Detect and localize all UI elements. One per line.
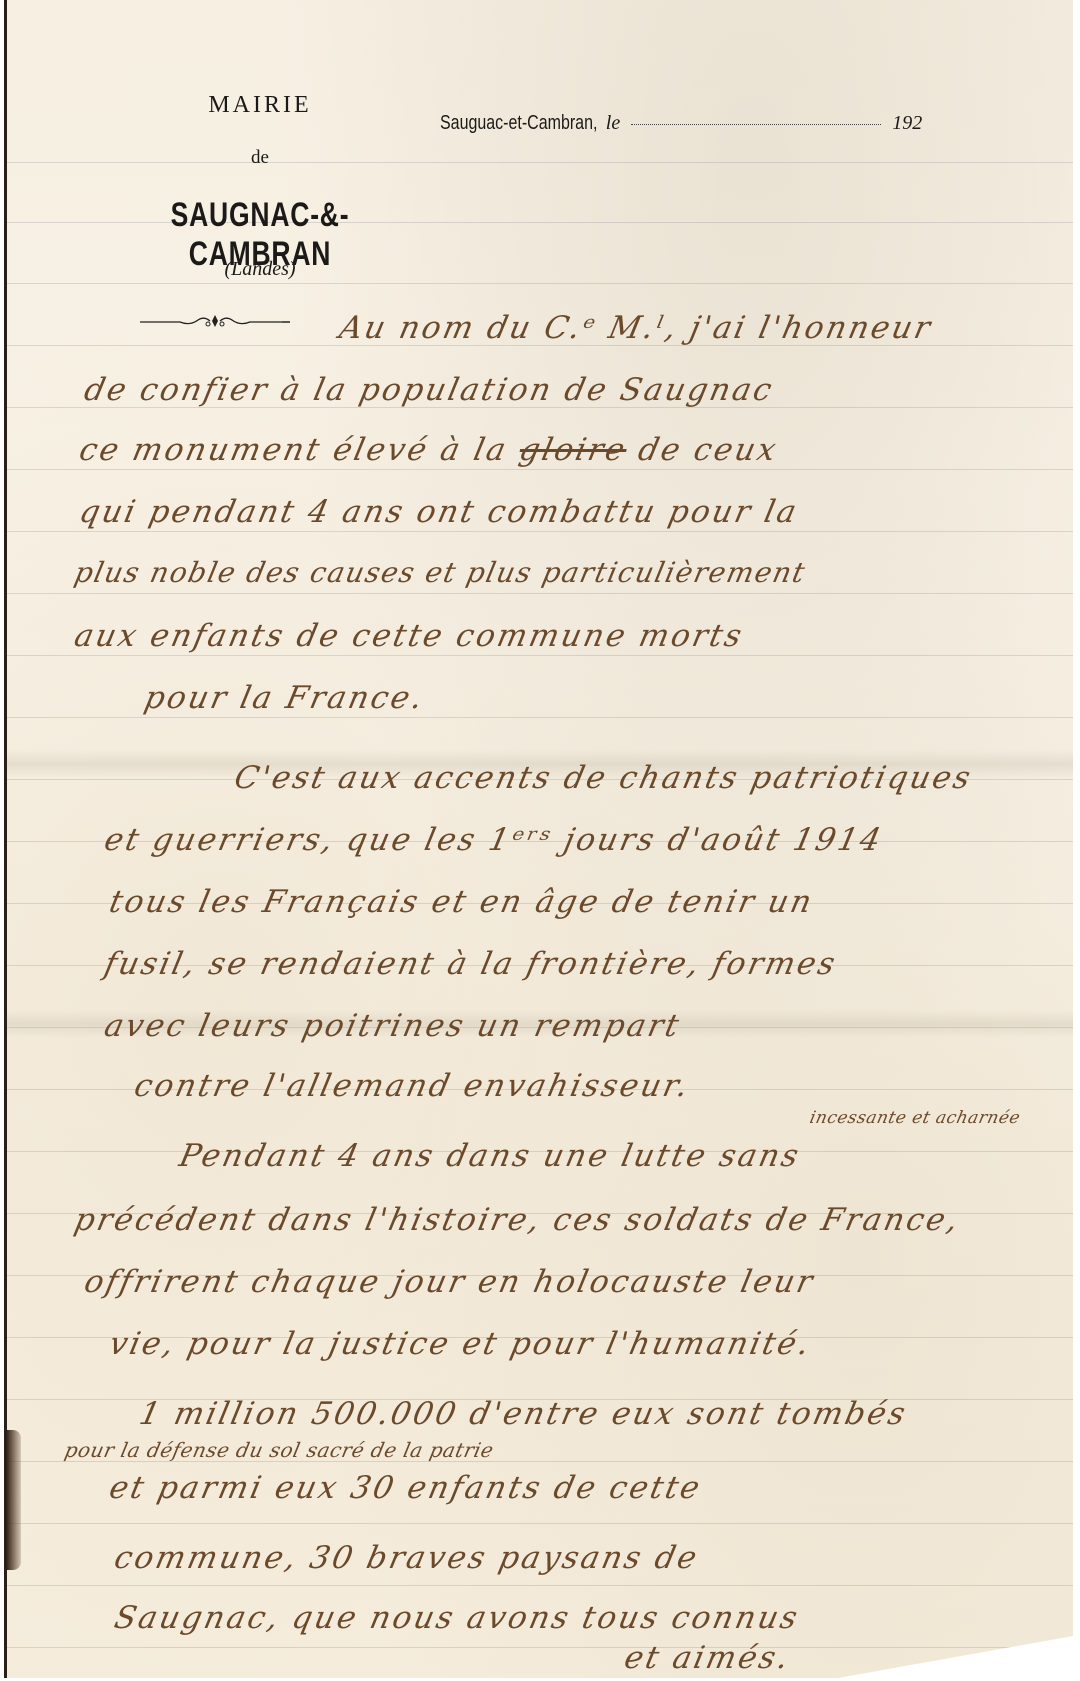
ink-stain xyxy=(7,1430,21,1570)
handwritten-line: Au nom du C.ᵉ M.ˡ, j'ai l'honneur xyxy=(336,310,936,346)
handwritten-line: fusil, se rendaient à la frontière, form… xyxy=(101,946,840,982)
handwritten-line: ce monument élevé à la gloire de ceux xyxy=(76,432,781,468)
handwritten-line: qui pendant 4 ans ont combattu pour la xyxy=(76,494,802,530)
ruled-line xyxy=(7,717,1073,718)
letterhead-title: MAIRIE xyxy=(140,92,380,119)
date-le: le xyxy=(606,112,620,134)
date-line: Sauguac-et-Cambran, le 192 xyxy=(440,112,922,135)
handwritten-line: offrirent chaque jour en holocauste leur xyxy=(81,1264,818,1300)
handwritten-line: Pendant 4 ans dans une lutte sans xyxy=(176,1138,804,1174)
date-blank xyxy=(631,124,881,125)
handwritten-line: plus noble des causes et plus particuliè… xyxy=(71,556,808,589)
handwritten-text: ce monument élevé à la xyxy=(76,432,511,468)
insertion-above-lutte: incessante et acharnée xyxy=(808,1108,1022,1128)
handwritten-line: et guerriers, que les 1ᵉʳˢ jours d'août … xyxy=(101,822,886,858)
handwritten-line: précédent dans l'histoire, ces soldats d… xyxy=(71,1202,963,1238)
ruled-line xyxy=(7,593,1073,594)
ruled-line xyxy=(7,469,1073,470)
handwritten-line: de confier à la population de Saugnac xyxy=(81,372,777,408)
date-place: Sauguac-et-Cambran, xyxy=(440,112,597,135)
handwritten-line: et parmi eux 30 enfants de cette xyxy=(106,1470,705,1506)
handwritten-line: 1 million 500.000 d'entre eux sont tombé… xyxy=(136,1396,911,1432)
ruled-line xyxy=(7,1523,1073,1524)
insertion-margin-defense: pour la défense du sol sacré de la patri… xyxy=(62,1438,496,1462)
handwritten-line: C'est aux accents de chants patriotiques xyxy=(231,760,976,796)
handwritten-line: aux enfants de cette commune morts xyxy=(71,618,747,654)
ruled-line xyxy=(7,1585,1073,1586)
handwritten-line: Saugnac, que nous avons tous connus xyxy=(111,1600,803,1636)
handwritten-line: et aimés. xyxy=(621,1640,794,1676)
handwritten-line: commune, 30 braves paysans de xyxy=(111,1540,702,1576)
ruled-line xyxy=(7,655,1073,656)
handwritten-line: tous les Français et en âge de tenir un xyxy=(106,884,817,920)
ruled-line xyxy=(7,531,1073,532)
ruled-line xyxy=(7,1647,1073,1648)
handwritten-text: de ceux xyxy=(635,432,781,468)
letterhead-department: (Landes) xyxy=(140,258,380,281)
handwritten-line: contre l'allemand envahisseur. xyxy=(131,1068,693,1104)
fleuron-divider-icon xyxy=(140,312,290,332)
handwritten-line: vie, pour la justice et pour l'humanité. xyxy=(106,1326,815,1362)
handwritten-line: avec leurs poitrines un rempart xyxy=(101,1008,684,1044)
ruled-line xyxy=(7,283,1073,284)
date-year: 192 xyxy=(892,112,922,134)
struck-word: gloire xyxy=(516,432,630,468)
letterhead-preposition: de xyxy=(140,147,380,169)
handwritten-line: pour la France. xyxy=(141,680,428,716)
